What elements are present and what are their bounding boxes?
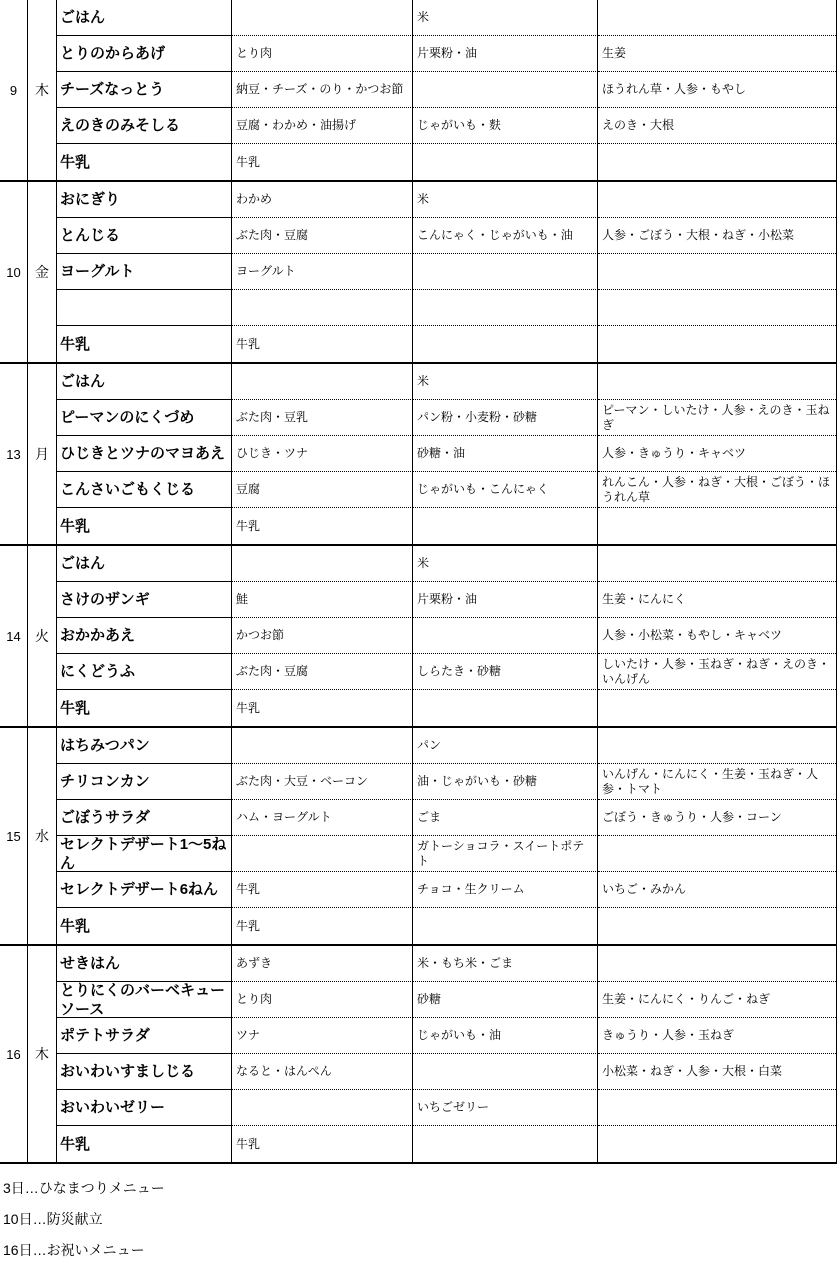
energy-ingredients: 米 (413, 0, 598, 36)
note-line: 16日…お祝いメニュー (3, 1234, 837, 1265)
day-section: 10金おにぎりわかめ米とんじるぶた肉・豆腐こんにゃく・じゃがいも・油人参・ごぼう… (0, 182, 837, 364)
main-ingredients: 牛乳 (232, 690, 413, 726)
menu-rows: ごはん米とりのからあげとり肉片栗粉・油生姜チーズなっとう納豆・チーズ・のり・かつ… (57, 0, 836, 180)
vegetable-ingredients (598, 1090, 836, 1126)
vegetable-ingredients (598, 946, 836, 982)
main-ingredients: 牛乳 (232, 326, 413, 362)
menu-item-name: 牛乳 (57, 690, 232, 726)
day-number: 16 (0, 946, 28, 1162)
main-ingredients (232, 0, 413, 36)
day-section: 13月ごはん米ピーマンのにくづめぶた肉・豆乳パン粉・小麦粉・砂糖ピーマン・しいた… (0, 364, 837, 546)
vegetable-ingredients (598, 290, 836, 326)
main-ingredients: わかめ (232, 182, 413, 218)
menu-item-name: セレクトデザート6ねん (57, 872, 232, 908)
menu-item-name: 牛乳 (57, 326, 232, 362)
menu-item-name: おにぎり (57, 182, 232, 218)
main-ingredients: 豆腐 (232, 472, 413, 508)
day-section: 9木ごはん米とりのからあげとり肉片栗粉・油生姜チーズなっとう納豆・チーズ・のり・… (0, 0, 837, 182)
weekday: 木 (28, 0, 57, 180)
main-ingredients: 豆腐・わかめ・油揚げ (232, 108, 413, 144)
energy-ingredients: チョコ・生クリーム (413, 872, 598, 908)
main-ingredients: なると・はんぺん (232, 1054, 413, 1090)
energy-ingredients: じゃがいも・こんにゃく (413, 472, 598, 508)
menu-item-name: ポテトサラダ (57, 1018, 232, 1054)
menu-row: おいわいゼリーいちごゼリー (57, 1090, 836, 1126)
energy-ingredients: ごま (413, 800, 598, 836)
menu-rows: せきはんあずき米・もち米・ごまとりにくのバーベキューソースとり肉砂糖生姜・にんに… (57, 946, 836, 1162)
energy-ingredients: 米 (413, 182, 598, 218)
vegetable-ingredients (598, 144, 836, 180)
menu-item-name: 牛乳 (57, 144, 232, 180)
energy-ingredients (413, 144, 598, 180)
main-ingredients (232, 290, 413, 326)
vegetable-ingredients: ほうれん草・人参・もやし (598, 72, 836, 108)
menu-row: 牛乳牛乳 (57, 144, 836, 180)
menu-rows: ごはん米さけのザンギ鮭片栗粉・油生姜・にんにくおかかあえかつお節人参・小松菜・も… (57, 546, 836, 726)
menu-row: セレクトデザート1～5ねんガトーショコラ・スイートポテト (57, 836, 836, 872)
energy-ingredients: ガトーショコラ・スイートポテト (413, 836, 598, 872)
day-section: 16木せきはんあずき米・もち米・ごまとりにくのバーベキューソースとり肉砂糖生姜・… (0, 946, 837, 1164)
weekday: 月 (28, 364, 57, 544)
main-ingredients: 納豆・チーズ・のり・かつお節 (232, 72, 413, 108)
weekday: 木 (28, 946, 57, 1162)
day-number: 9 (0, 0, 28, 180)
main-ingredients (232, 836, 413, 872)
menu-item-name: おいわいすましじる (57, 1054, 232, 1090)
menu-item-name: 牛乳 (57, 908, 232, 944)
energy-ingredients: しらたき・砂糖 (413, 654, 598, 690)
footer-notes: 3日…ひなまつりメニュー10日…防災献立16日…お祝いメニュー (0, 1164, 837, 1265)
menu-item-name: とりにくのバーベキューソース (57, 982, 232, 1018)
menu-item-name: ごはん (57, 546, 232, 582)
menu-item-name: おかかあえ (57, 618, 232, 654)
menu-row: 牛乳牛乳 (57, 690, 836, 726)
main-ingredients: 牛乳 (232, 144, 413, 180)
menu-row: ごはん米 (57, 546, 836, 582)
vegetable-ingredients (598, 254, 836, 290)
vegetable-ingredients (598, 0, 836, 36)
menu-item-name: こんさいごもくじる (57, 472, 232, 508)
menu-row: チーズなっとう納豆・チーズ・のり・かつお節ほうれん草・人参・もやし (57, 72, 836, 108)
day-number: 10 (0, 182, 28, 362)
main-ingredients (232, 728, 413, 764)
energy-ingredients (413, 1126, 598, 1162)
energy-ingredients (413, 72, 598, 108)
menu-item-name: ヨーグルト (57, 254, 232, 290)
menu-row: とりにくのバーベキューソースとり肉砂糖生姜・にんにく・りんご・ねぎ (57, 982, 836, 1018)
energy-ingredients: いちごゼリー (413, 1090, 598, 1126)
vegetable-ingredients: きゅうり・人参・玉ねぎ (598, 1018, 836, 1054)
energy-ingredients: 砂糖・油 (413, 436, 598, 472)
menu-item-name: おいわいゼリー (57, 1090, 232, 1126)
menu-row: おかかあえかつお節人参・小松菜・もやし・キャベツ (57, 618, 836, 654)
vegetable-ingredients: 人参・ごぼう・大根・ねぎ・小松菜 (598, 218, 836, 254)
main-ingredients: とり肉 (232, 36, 413, 72)
main-ingredients: ツナ (232, 1018, 413, 1054)
menu-rows: ごはん米ピーマンのにくづめぶた肉・豆乳パン粉・小麦粉・砂糖ピーマン・しいたけ・人… (57, 364, 836, 544)
main-ingredients: 鮭 (232, 582, 413, 618)
main-ingredients: かつお節 (232, 618, 413, 654)
vegetable-ingredients: 生姜 (598, 36, 836, 72)
energy-ingredients (413, 254, 598, 290)
menu-item-name: セレクトデザート1～5ねん (57, 836, 232, 872)
menu-item-name: とりのからあげ (57, 36, 232, 72)
menu-row: えのきのみそしる豆腐・わかめ・油揚げじゃがいも・麩えのき・大根 (57, 108, 836, 144)
note-line: 10日…防災献立 (3, 1203, 837, 1234)
energy-ingredients (413, 326, 598, 362)
vegetable-ingredients: えのき・大根 (598, 108, 836, 144)
menu-item-name: とんじる (57, 218, 232, 254)
menu-item-name: ごはん (57, 0, 232, 36)
main-ingredients: ぶた肉・大豆・ベーコン (232, 764, 413, 800)
main-ingredients: 牛乳 (232, 872, 413, 908)
menu-row: にくどうふぶた肉・豆腐しらたき・砂糖しいたけ・人参・玉ねぎ・ねぎ・えのき・いんげ… (57, 654, 836, 690)
vegetable-ingredients (598, 690, 836, 726)
menu-row: ピーマンのにくづめぶた肉・豆乳パン粉・小麦粉・砂糖ピーマン・しいたけ・人参・えの… (57, 400, 836, 436)
menu-row: おにぎりわかめ米 (57, 182, 836, 218)
menu-item-name: ピーマンのにくづめ (57, 400, 232, 436)
energy-ingredients: パン粉・小麦粉・砂糖 (413, 400, 598, 436)
menu-row (57, 290, 836, 326)
main-ingredients: あずき (232, 946, 413, 982)
energy-ingredients: 油・じゃがいも・砂糖 (413, 764, 598, 800)
vegetable-ingredients: ピーマン・しいたけ・人参・えのき・玉ねぎ (598, 400, 836, 436)
menu-item-name: はちみつパン (57, 728, 232, 764)
menu-row: とんじるぶた肉・豆腐こんにゃく・じゃがいも・油人参・ごぼう・大根・ねぎ・小松菜 (57, 218, 836, 254)
vegetable-ingredients (598, 836, 836, 872)
menu-table: 9木ごはん米とりのからあげとり肉片栗粉・油生姜チーズなっとう納豆・チーズ・のり・… (0, 0, 837, 1164)
energy-ingredients: じゃがいも・油 (413, 1018, 598, 1054)
menu-row: ひじきとツナのマヨあえひじき・ツナ砂糖・油人参・きゅうり・キャベツ (57, 436, 836, 472)
menu-item-name: チーズなっとう (57, 72, 232, 108)
main-ingredients: 牛乳 (232, 908, 413, 944)
main-ingredients: 牛乳 (232, 508, 413, 544)
energy-ingredients: こんにゃく・じゃがいも・油 (413, 218, 598, 254)
vegetable-ingredients (598, 908, 836, 944)
vegetable-ingredients: 小松菜・ねぎ・人参・大根・白菜 (598, 1054, 836, 1090)
menu-row: 牛乳牛乳 (57, 508, 836, 544)
vegetable-ingredients: しいたけ・人参・玉ねぎ・ねぎ・えのき・いんげん (598, 654, 836, 690)
vegetable-ingredients (598, 508, 836, 544)
vegetable-ingredients: れんこん・人参・ねぎ・大根・ごぼう・ほうれん草 (598, 472, 836, 508)
vegetable-ingredients: 人参・きゅうり・キャベツ (598, 436, 836, 472)
energy-ingredients (413, 508, 598, 544)
energy-ingredients (413, 690, 598, 726)
weekday: 金 (28, 182, 57, 362)
vegetable-ingredients: いんげん・にんにく・生姜・玉ねぎ・人参・トマト (598, 764, 836, 800)
vegetable-ingredients (598, 1126, 836, 1162)
day-number: 14 (0, 546, 28, 726)
vegetable-ingredients: 人参・小松菜・もやし・キャベツ (598, 618, 836, 654)
main-ingredients: ぶた肉・豆腐 (232, 218, 413, 254)
menu-row: ポテトサラダツナじゃがいも・油きゅうり・人参・玉ねぎ (57, 1018, 836, 1054)
energy-ingredients (413, 290, 598, 326)
vegetable-ingredients: 生姜・にんにく (598, 582, 836, 618)
menu-row: 牛乳牛乳 (57, 326, 836, 362)
main-ingredients (232, 1090, 413, 1126)
energy-ingredients (413, 908, 598, 944)
menu-item-name: ひじきとツナのマヨあえ (57, 436, 232, 472)
menu-row: ごはん米 (57, 364, 836, 400)
energy-ingredients: 片栗粉・油 (413, 36, 598, 72)
menu-item-name: せきはん (57, 946, 232, 982)
menu-rows: おにぎりわかめ米とんじるぶた肉・豆腐こんにゃく・じゃがいも・油人参・ごぼう・大根… (57, 182, 836, 362)
energy-ingredients: 米・もち米・ごま (413, 946, 598, 982)
energy-ingredients: じゃがいも・麩 (413, 108, 598, 144)
weekday: 火 (28, 546, 57, 726)
menu-item-name: チリコンカン (57, 764, 232, 800)
menu-row: はちみつパンパン (57, 728, 836, 764)
menu-item-name: さけのザンギ (57, 582, 232, 618)
menu-row: チリコンカンぶた肉・大豆・ベーコン油・じゃがいも・砂糖いんげん・にんにく・生姜・… (57, 764, 836, 800)
menu-row: 牛乳牛乳 (57, 1126, 836, 1162)
main-ingredients: ぶた肉・豆腐 (232, 654, 413, 690)
menu-item-name: 牛乳 (57, 1126, 232, 1162)
menu-item-name: ごはん (57, 364, 232, 400)
vegetable-ingredients: いちご・みかん (598, 872, 836, 908)
day-number: 13 (0, 364, 28, 544)
energy-ingredients: パン (413, 728, 598, 764)
menu-row: ごぼうサラダハム・ヨーグルトごまごぼう・きゅうり・人参・コーン (57, 800, 836, 836)
main-ingredients: ハム・ヨーグルト (232, 800, 413, 836)
vegetable-ingredients (598, 182, 836, 218)
vegetable-ingredients (598, 546, 836, 582)
menu-row: おいわいすましじるなると・はんぺん小松菜・ねぎ・人参・大根・白菜 (57, 1054, 836, 1090)
menu-row: 牛乳牛乳 (57, 908, 836, 944)
menu-rows: はちみつパンパンチリコンカンぶた肉・大豆・ベーコン油・じゃがいも・砂糖いんげん・… (57, 728, 836, 944)
menu-item-name: 牛乳 (57, 508, 232, 544)
menu-row: こんさいごもくじる豆腐じゃがいも・こんにゃくれんこん・人参・ねぎ・大根・ごぼう・… (57, 472, 836, 508)
day-section: 14火ごはん米さけのザンギ鮭片栗粉・油生姜・にんにくおかかあえかつお節人参・小松… (0, 546, 837, 728)
menu-item-name: えのきのみそしる (57, 108, 232, 144)
lunch-menu-page: 9木ごはん米とりのからあげとり肉片栗粉・油生姜チーズなっとう納豆・チーズ・のり・… (0, 0, 837, 1269)
menu-row: セレクトデザート6ねん牛乳チョコ・生クリームいちご・みかん (57, 872, 836, 908)
vegetable-ingredients (598, 728, 836, 764)
vegetable-ingredients: 生姜・にんにく・りんご・ねぎ (598, 982, 836, 1018)
vegetable-ingredients: ごぼう・きゅうり・人参・コーン (598, 800, 836, 836)
energy-ingredients: 片栗粉・油 (413, 582, 598, 618)
menu-row: とりのからあげとり肉片栗粉・油生姜 (57, 36, 836, 72)
energy-ingredients (413, 618, 598, 654)
day-section: 15水はちみつパンパンチリコンカンぶた肉・大豆・ベーコン油・じゃがいも・砂糖いん… (0, 728, 837, 946)
menu-item-name: ごぼうサラダ (57, 800, 232, 836)
menu-row: さけのザンギ鮭片栗粉・油生姜・にんにく (57, 582, 836, 618)
main-ingredients (232, 546, 413, 582)
vegetable-ingredients (598, 326, 836, 362)
menu-row: せきはんあずき米・もち米・ごま (57, 946, 836, 982)
main-ingredients: ヨーグルト (232, 254, 413, 290)
menu-row: ヨーグルトヨーグルト (57, 254, 836, 290)
menu-item-name: にくどうふ (57, 654, 232, 690)
menu-item-name (57, 290, 232, 326)
main-ingredients: とり肉 (232, 982, 413, 1018)
energy-ingredients: 砂糖 (413, 982, 598, 1018)
energy-ingredients (413, 1054, 598, 1090)
main-ingredients (232, 364, 413, 400)
day-number: 15 (0, 728, 28, 944)
main-ingredients: 牛乳 (232, 1126, 413, 1162)
weekday: 水 (28, 728, 57, 944)
main-ingredients: ぶた肉・豆乳 (232, 400, 413, 436)
energy-ingredients: 米 (413, 546, 598, 582)
main-ingredients: ひじき・ツナ (232, 436, 413, 472)
menu-row: ごはん米 (57, 0, 836, 36)
energy-ingredients: 米 (413, 364, 598, 400)
note-line: 3日…ひなまつりメニュー (3, 1172, 837, 1203)
vegetable-ingredients (598, 364, 836, 400)
